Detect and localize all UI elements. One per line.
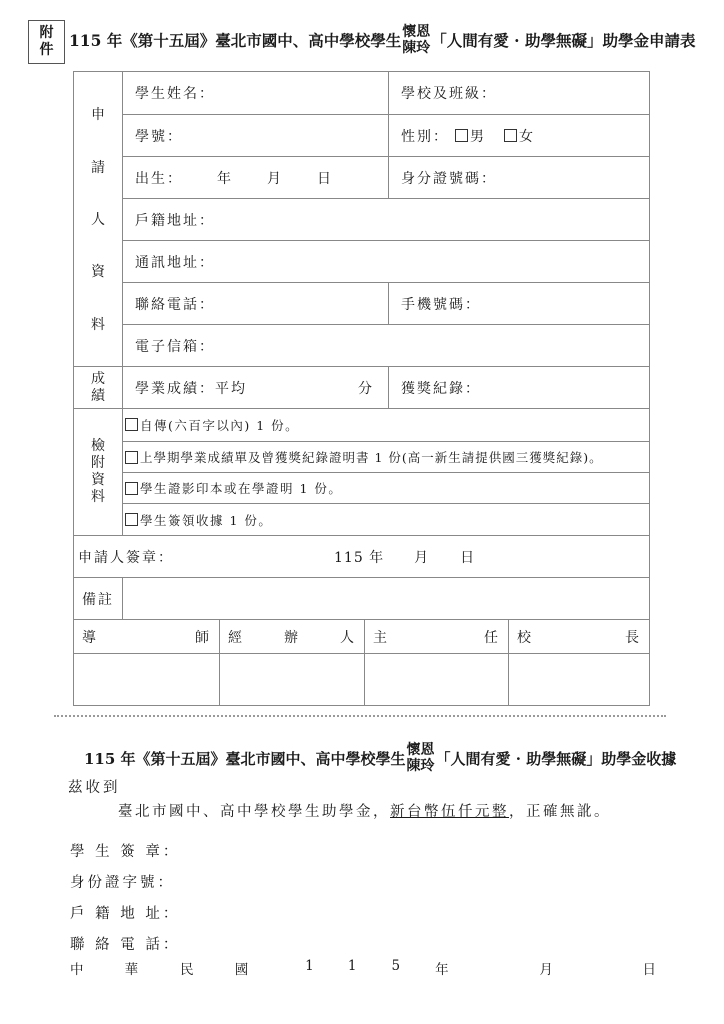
signature-year: 115 年 xyxy=(334,547,384,567)
field-label: 手機號碼： xyxy=(401,294,481,314)
id-number-field[interactable]: 身分證號碼： xyxy=(388,157,649,198)
attachment-label: 學生證影印本或在學證明 1 份。 xyxy=(140,479,342,497)
date-char: 中 xyxy=(70,958,125,978)
attachment-item[interactable]: 上學期學業成績單及曾獲獎紀錄證明書 1 份(高一新生請提供國三獲獎紀錄)。 xyxy=(123,442,649,473)
date-char: 民 xyxy=(180,958,235,978)
attachment-label: 自傳(六百字以內) 1 份。 xyxy=(140,416,299,434)
annex-label: 附 件 xyxy=(28,20,65,64)
receipt-body-text: ，正確無訛。 xyxy=(509,804,611,820)
field-label: 通訊地址： xyxy=(135,252,215,272)
field-label: 學號： xyxy=(135,126,183,146)
approval-director-header: 主任 xyxy=(364,620,508,653)
title-stack-line: 陳玲 xyxy=(402,40,430,56)
gender-female-checkbox[interactable] xyxy=(504,129,517,142)
handler-signature-box[interactable] xyxy=(219,654,364,705)
gender-male-label: 男 xyxy=(470,126,486,146)
title-suffix: 「人間有愛 · 助學無礙」助學金收據 xyxy=(436,748,677,769)
registered-address-field[interactable]: 戶籍地址： xyxy=(123,199,649,240)
section-char: 請 xyxy=(91,157,105,177)
title-prefix: 115 年《第十五屆》臺北市國中、高中學校學生 xyxy=(69,29,401,51)
attachments-section: 檢 附 資 料 自傳(六百字以內) 1 份。 上學期學業成績單及曾獲獎紀錄證明書… xyxy=(74,408,649,535)
approval-char: 長 xyxy=(625,627,641,647)
receipt-registered-address[interactable]: 戶 籍 地 址： xyxy=(70,902,180,923)
grade-unit: 分 xyxy=(358,378,374,398)
principal-signature-box[interactable] xyxy=(508,654,649,705)
date-char: 華 xyxy=(125,958,181,978)
attachment-checkbox[interactable] xyxy=(125,418,138,431)
title-name-stack: 懷恩 陳玲 xyxy=(402,24,430,56)
field-label: 學生姓名： xyxy=(135,83,215,103)
student-id-field[interactable]: 學號： xyxy=(123,115,388,156)
applicant-signature-field[interactable]: 申請人簽章： 115 年 月 日 xyxy=(74,536,649,577)
attachment-checkbox[interactable] xyxy=(125,513,138,526)
receipt-body: 臺北市國中、高中學校學生助學金，新台幣伍仟元整，正確無訛。 xyxy=(118,800,611,821)
section-char: 檢 xyxy=(91,438,105,455)
remarks-label: 備註 xyxy=(74,578,123,619)
approval-char: 校 xyxy=(517,627,533,647)
phone-field[interactable]: 聯絡電話： xyxy=(123,283,388,324)
application-form: 申 請 人 資 料 學生姓名： 學校及班級： 學號： 性別： 男 女 xyxy=(73,71,650,706)
title-name-stack: 懷恩 陳玲 xyxy=(407,742,435,774)
field-label: 學校及班級： xyxy=(401,83,497,103)
applicant-section-label: 申 請 人 資 料 xyxy=(74,72,123,366)
title-stack-line: 懷恩 xyxy=(402,24,430,40)
field-label: 戶籍地址： xyxy=(135,210,215,230)
birth-day-label: 日 xyxy=(317,168,333,188)
title-suffix: 「人間有愛 · 助學無礙」助學金申請表 xyxy=(431,29,695,51)
field-label: 性別： xyxy=(401,126,449,146)
date-char: 1 xyxy=(348,958,392,978)
section-char: 料 xyxy=(91,489,105,506)
attachments-section-label: 檢 附 資 料 xyxy=(74,409,123,535)
approval-char: 辦 xyxy=(284,627,300,647)
title-prefix: 115 年《第十五屆》臺北市國中、高中學校學生 xyxy=(84,748,406,769)
approval-char: 任 xyxy=(484,627,500,647)
cut-line-divider xyxy=(54,715,666,717)
attachment-item[interactable]: 自傳(六百字以內) 1 份。 xyxy=(123,409,649,441)
date-char: 年 xyxy=(435,958,539,978)
attachment-label: 學生簽領收據 1 份。 xyxy=(140,511,272,529)
gender-female-label: 女 xyxy=(519,126,535,146)
date-char: 國 xyxy=(235,958,305,978)
attachment-label: 上學期學業成績單及曾獲獎紀錄證明書 1 份(高一新生請提供國三獲獎紀錄)。 xyxy=(140,448,603,466)
approval-char: 經 xyxy=(228,627,244,647)
field-label: 身分證號碼： xyxy=(401,168,497,188)
date-char: 1 xyxy=(305,958,348,978)
student-name-field[interactable]: 學生姓名： xyxy=(123,72,388,114)
remarks-field[interactable] xyxy=(123,578,649,619)
grades-section-label: 成 績 xyxy=(74,367,123,408)
approval-handler-header: 經辦人 xyxy=(219,620,364,653)
approval-char: 師 xyxy=(195,627,211,647)
grades-section: 成 績 學業成績：平均 分 獲獎紀錄： xyxy=(74,366,649,408)
section-char: 料 xyxy=(91,314,105,334)
annex-char: 附 xyxy=(40,25,54,42)
receipt-id-number[interactable]: 身份證字號： xyxy=(70,871,175,892)
school-class-field[interactable]: 學校及班級： xyxy=(388,72,649,114)
remarks-text: 備註 xyxy=(82,589,114,609)
approval-char: 主 xyxy=(373,627,389,647)
receipt-title: 115 年《第十五屆》臺北市國中、高中學校學生 懷恩 陳玲 「人間有愛 · 助學… xyxy=(84,742,676,774)
annex-char: 件 xyxy=(40,42,54,59)
mobile-field[interactable]: 手機號碼： xyxy=(388,283,649,324)
gender-field: 性別： 男 女 xyxy=(388,115,649,156)
receipt-student-signature[interactable]: 學 生 簽 章： xyxy=(70,840,180,861)
mailing-address-field[interactable]: 通訊地址： xyxy=(123,241,649,282)
section-char: 附 xyxy=(91,455,105,472)
birth-month-label: 月 xyxy=(267,168,283,188)
date-char: 月 xyxy=(539,958,642,978)
approval-principal-header: 校長 xyxy=(508,620,649,653)
awards-field[interactable]: 獲獎紀錄： xyxy=(388,367,649,408)
section-char: 資 xyxy=(91,472,105,489)
section-char: 績 xyxy=(91,388,105,405)
field-label: 出生： xyxy=(135,168,183,188)
section-char: 資 xyxy=(91,261,105,281)
signature-day: 日 xyxy=(460,547,476,567)
section-char: 人 xyxy=(91,209,105,229)
attachment-checkbox[interactable] xyxy=(125,451,138,464)
field-label: 聯絡電話： xyxy=(135,294,215,314)
academic-grade-field[interactable]: 學業成績：平均 分 xyxy=(123,367,388,408)
approvals-header: 導師 經辦人 主任 校長 xyxy=(74,619,649,653)
gender-male-checkbox[interactable] xyxy=(455,129,468,142)
applicant-section: 申 請 人 資 料 學生姓名： 學校及班級： 學號： 性別： 男 女 xyxy=(74,72,649,366)
receipt-amount: 新台幣伍仟元整 xyxy=(390,804,509,820)
birth-year-label: 年 xyxy=(217,168,233,188)
date-char: 5 xyxy=(392,958,436,978)
signature-row[interactable]: 申請人簽章： 115 年 月 日 xyxy=(74,535,649,577)
attachment-item[interactable]: 學生證影印本或在學證明 1 份。 xyxy=(123,473,649,503)
title-stack-line: 陳玲 xyxy=(407,758,435,774)
field-label: 電子信箱： xyxy=(135,336,215,356)
remarks-row: 備註 xyxy=(74,577,649,619)
director-signature-box[interactable] xyxy=(364,654,508,705)
receipt-date: 中 華 民 國 1 1 5 年 月 日 xyxy=(70,958,656,978)
application-title: 115 年《第十五屆》臺北市國中、高中學校學生 懷恩 陳玲 「人間有愛 · 助學… xyxy=(69,24,695,56)
signature-label: 申請人簽章： xyxy=(78,547,174,567)
email-field[interactable]: 電子信箱： xyxy=(123,325,649,366)
teacher-signature-box[interactable] xyxy=(74,654,219,705)
receipt-received: 茲收到 xyxy=(68,776,121,797)
receipt-body-text: 臺北市國中、高中學校學生助學金， xyxy=(118,804,390,820)
field-label: 學業成績：平均 xyxy=(135,378,247,398)
receipt-phone[interactable]: 聯 絡 電 話： xyxy=(70,933,180,954)
section-char: 申 xyxy=(91,104,105,124)
approval-teacher-header: 導師 xyxy=(74,620,219,653)
title-stack-line: 懷恩 xyxy=(407,742,435,758)
date-char: 日 xyxy=(643,958,657,978)
approval-char: 導 xyxy=(82,627,98,647)
approval-char: 人 xyxy=(340,627,356,647)
approvals-signatures xyxy=(74,653,649,705)
field-label: 獲獎紀錄： xyxy=(401,378,481,398)
attachment-checkbox[interactable] xyxy=(125,482,138,495)
signature-month: 月 xyxy=(414,547,430,567)
attachment-item[interactable]: 學生簽領收據 1 份。 xyxy=(123,504,649,535)
section-char: 成 xyxy=(91,371,105,388)
birth-field[interactable]: 出生： 年 月 日 xyxy=(123,157,388,198)
